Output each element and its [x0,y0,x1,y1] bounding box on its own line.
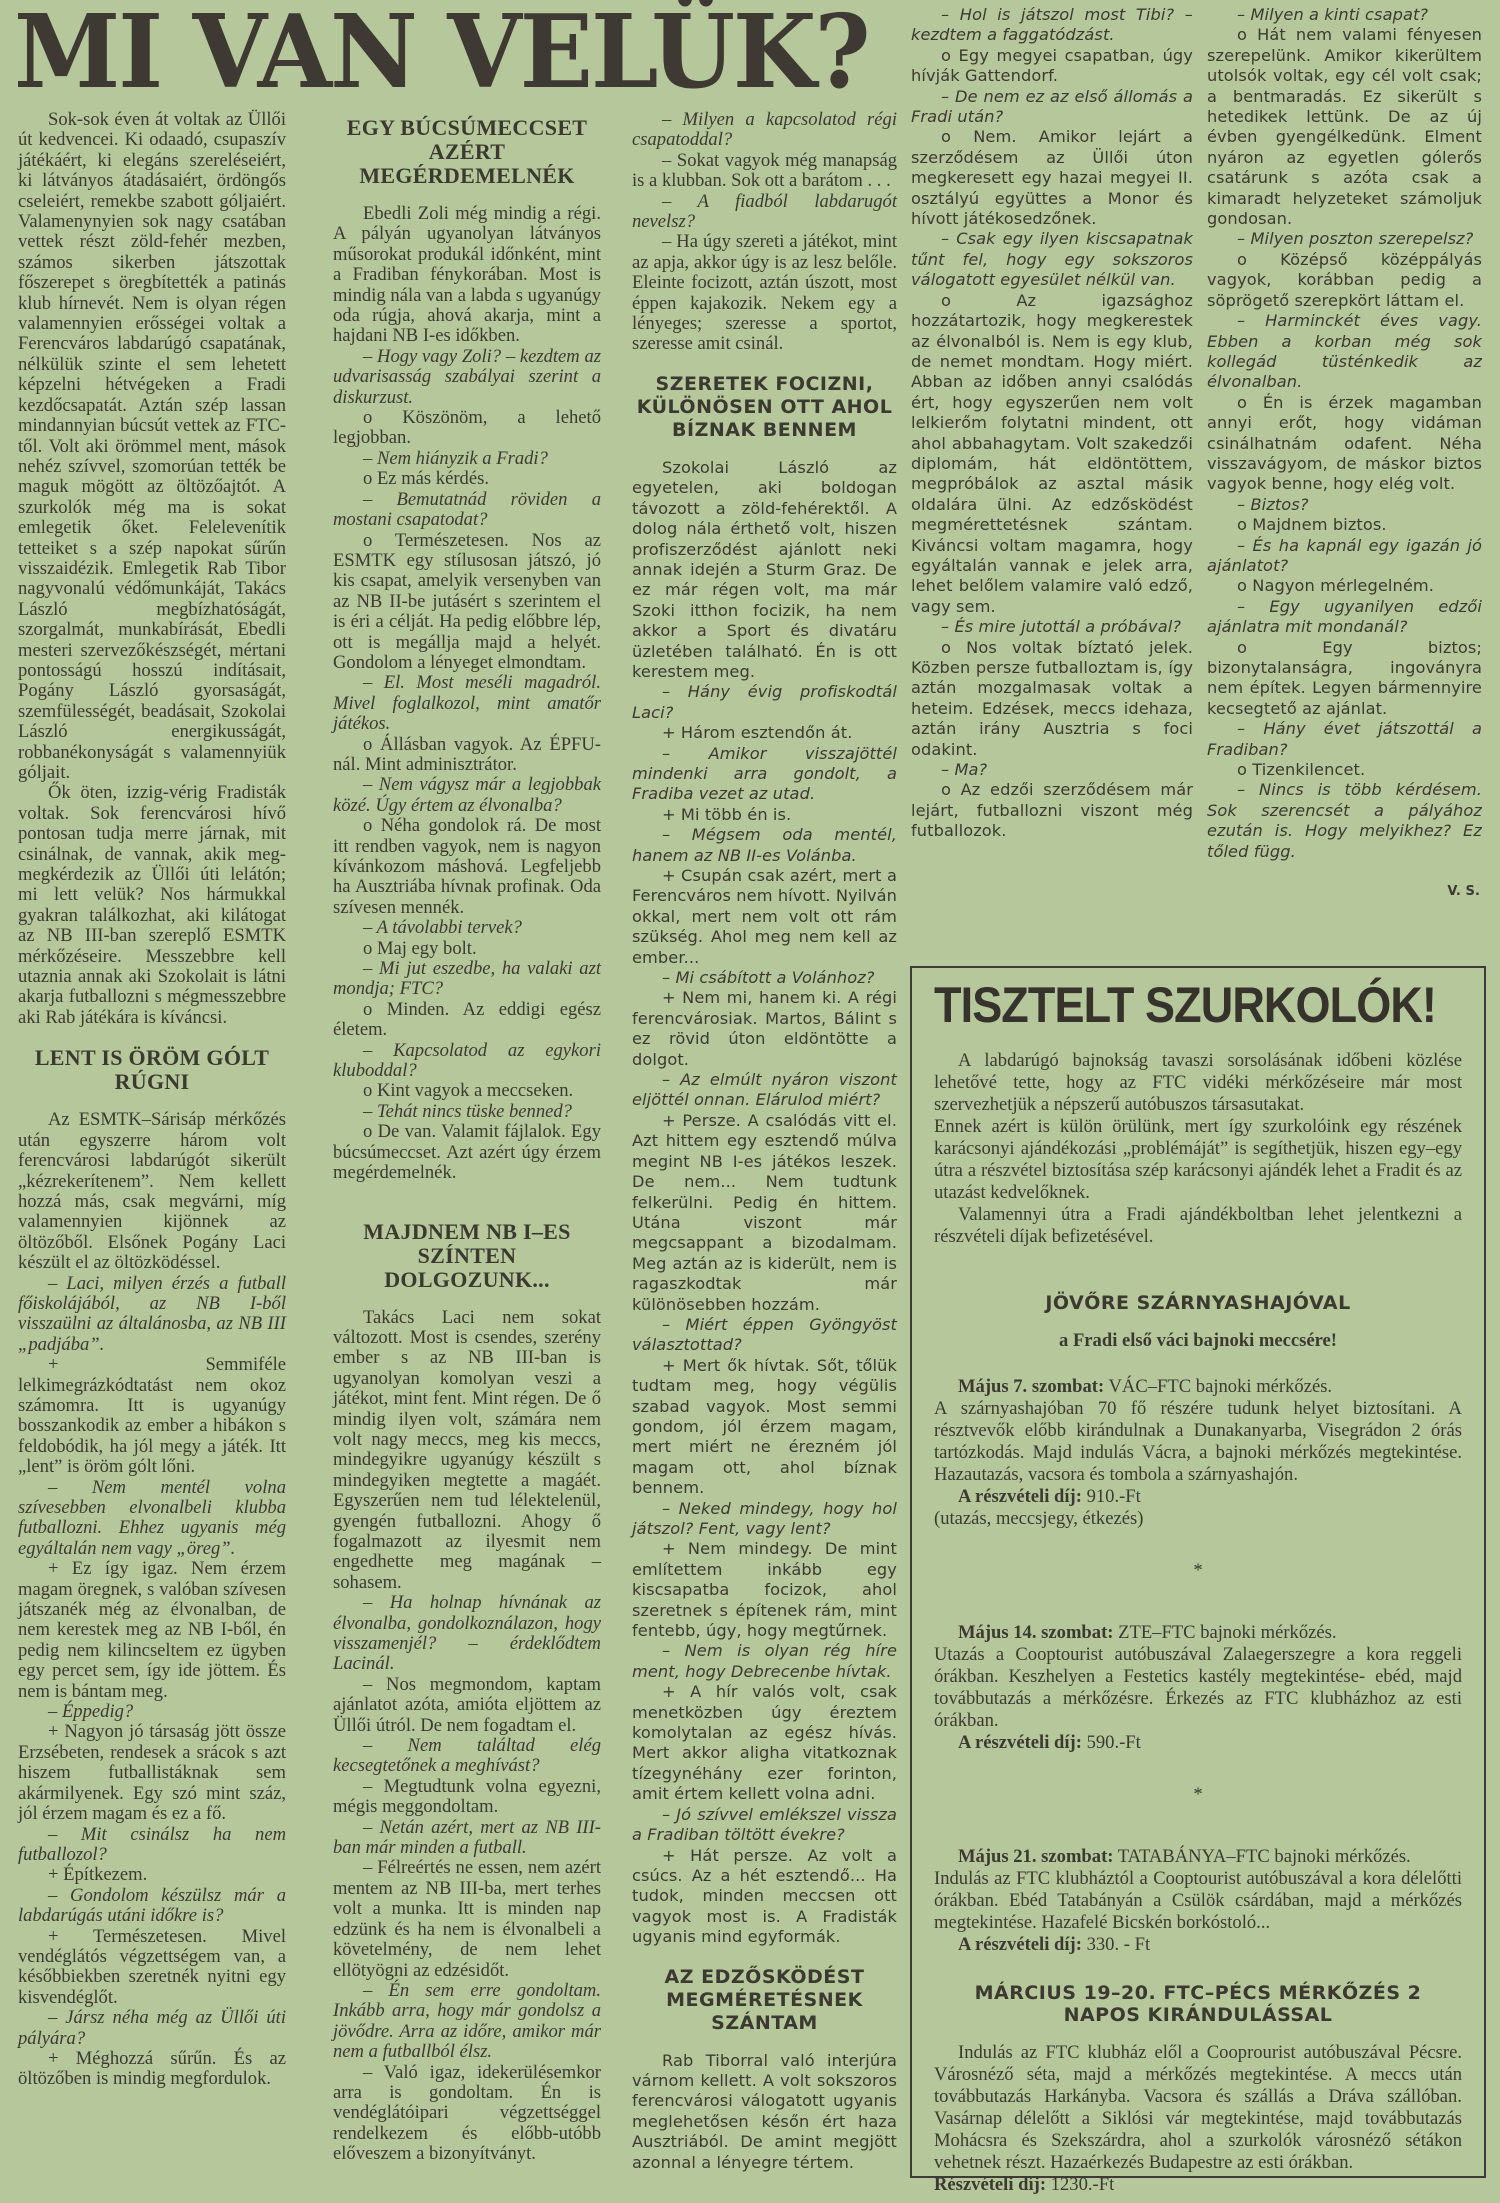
section-body-szeretek: Szokolai László az egyetelen, aki boldog… [632,458,897,1948]
interview-question: – Milyen a kapcsolatod régi csapatoddal? [632,110,897,151]
interview-question: – El. Most meséli magadról. Mivel foglal… [333,673,601,734]
interview-question: – A távolabbi tervek? [333,918,601,938]
interview-question: – A fiadból labdarugót nevelsz? [632,192,897,233]
interview-question: – Nem is olyan rég híre ment, hogy Debre… [632,1641,897,1682]
interview-question: – Nincs is több kérdésem. Sok szerencsét… [1207,780,1482,862]
interview-answer: o De van. Valamit fájlalok. Egy búcsúmec… [333,1122,601,1183]
interview-answer: o Nem. Amikor lejárt a szerződésem az Ül… [911,127,1193,229]
trip-details: Utazás a Cooptourist autóbuszával Zalaeg… [934,1644,1462,1732]
interview-question: – Jó szívvel emlékszel vissza a Fradiban… [632,1805,897,1846]
interview-question: – Ma? [911,760,1193,780]
interview-question: – És mire jutottál a próbával? [911,617,1193,637]
column-3: – Milyen a kapcsolatod régi csapatoddal?… [632,110,897,2203]
section-body-majdnem-cont: – Milyen a kapcsolatod régi csapatoddal?… [632,110,897,355]
interview-answer: Ebedli Zoli még mindig a régi. A pályán … [333,204,601,347]
notice-title: TISZTELT SZURKOLÓK! [934,974,1409,1036]
section-body-lent: Az ESMTK–Sárisáp mérkőzés után egyszerre… [18,1110,286,2090]
trip-match: VÁC–FTC bajnoki mérkőzés. [1104,1376,1332,1397]
interview-answer: – Ha úgy szereti a játékot, mint az apja… [632,232,897,354]
interview-answer: + Semmiféle lelkimegrázkódtatást nem oko… [18,1355,286,1477]
interview-answer: o Egy biztos; bizonytalanságra, ingovány… [1207,638,1482,720]
interview-answer: o Maj egy bolt. [333,939,601,959]
section-heading-edzo: AZ EDZŐSKÖDÉST MEGMÉRETÉSNEK SZÁNTAM [632,1966,897,2035]
interview-question: – Én sem erre gondoltam. Inkább arra, ho… [333,1981,601,2063]
interview-question: – Hol is játszol most Tibi? – kezdtem a … [911,5,1193,46]
notice-intro: Ennek azért is külön örülünk, mert így s… [934,1116,1462,1204]
interview-answer: + Mi több én is. [632,805,897,825]
trip-date: Május 21. szombat: [958,1846,1113,1867]
interview-answer: o Ez más kérdés. [333,469,601,489]
trip-match: TATABÁNYA–FTC bajnoki mérkőzés. [1113,1846,1410,1867]
interview-answer: o Egy megyei csapatban, úgy hívják Gatte… [911,46,1193,87]
interview-answer: Szokolai László az egyetelen, aki boldog… [632,458,897,682]
interview-question: – Amikor visszajöttél mindenki arra gond… [632,744,897,805]
interview-question: – Jársz néha még az Üllői úti pályára? [18,2008,286,2049]
interview-answer: o Középső középpályás vagyok, korábban p… [1207,250,1482,311]
section-heading-bucsu: EGY BÚCSÚMECCSET AZÉRT MEGÉRDEMELNÉK [333,116,601,188]
interview-answer: – Sokat vagyok még manapság is a klubban… [632,151,897,192]
interview-answer: + Ez így igaz. Nem érzem magam öregnek, … [18,1559,286,1702]
interview-question: – Miért éppen Gyöngyöst választottad? [632,1315,897,1356]
trip-fee-label: A részvételi díj: [958,1486,1082,1507]
intro-paragraph: Ők öten, izzig-vérig Fradisták voltak. S… [18,783,286,1028]
interview-question: – Mégsem oda mentél, hanem az NB II-es V… [632,825,897,866]
interview-question: – Laci, milyen érzés a futball főiskoláj… [18,1274,286,1356]
interview-question: – Neked mindegy, hogy hol játszol? Fent,… [632,1499,897,1540]
section-heading-majdnem: MAJDNEM NB I–ES SZÍNTEN DOLGOZUNK... [333,1220,601,1292]
trip-match: ZTE–FTC bajnoki mérkőzés. [1113,1622,1336,1643]
interview-question: – Netán azért, mert az NB III-ban már mi… [333,1818,601,1859]
interview-question: – Ha holnap hívnának az élvonalba, gondo… [333,1593,601,1675]
interview-answer: + Persze. A csalódás vitt el. Azt hittem… [632,1111,897,1315]
interview-answer: Takács Laci nem sokat változott. Most is… [333,1308,601,1594]
interview-question: – Mi jut eszedbe, ha valaki azt mondja; … [333,959,601,1000]
interview-answer: o Kint vagyok a meccseken. [333,1081,601,1101]
interview-question: – Nem találtad elég kecsegtetőnek a megh… [333,1736,601,1777]
interview-answer: – Megtudtunk volna egyezni, mégis meggon… [333,1777,601,1818]
column-2: EGY BÚCSÚMECCSET AZÉRT MEGÉRDEMELNÉK Ebe… [333,110,601,2203]
interview-question: – Hány évig profiskodtál Laci? [632,682,897,723]
interview-question: – Kapcsolatod az egykori kluboddal? [333,1041,601,1082]
interview-answer: Az ESMTK–Sárisáp mérkőzés után egyszerre… [18,1110,286,1273]
interview-question: – Biztos? [1207,495,1482,515]
trip-fee-value: 590.-Ft [1082,1732,1141,1753]
interview-answer: + Természetesen. Mivel vendéglátós végze… [18,1927,286,2009]
interview-answer: o Nagyon mérlegelném. [1207,576,1482,596]
trip-item: Május 21. szombat: TATABÁNYA–FTC bajnoki… [934,1846,1462,1956]
section-heading-szeretek: SZERETEK FOCIZNI, KÜLÖNÖSEN OTT AHOL BÍZ… [632,373,897,442]
interview-question: – Bemutatnád röviden a mostani csapatoda… [333,490,601,531]
section-body-edzo: Rab Tiborral való interjúra várnom kelle… [632,2051,897,2173]
trip-details: Indulás az FTC klubháztól a Cooptourist … [934,1868,1462,1934]
interview-answer: + Méghozzá sűrűn. És az öltözőben is min… [18,2049,286,2090]
section-body-edzo-end: – Milyen a kinti csapat?o Hát nem valami… [1207,5,1482,862]
interview-question: – Nem mentél volna szívesebben elvonalbe… [18,1478,286,1560]
interview-answer: o Minden. Az eddigi egész életem. [333,1000,601,1041]
interview-answer: Rab Tiborral való interjúra várnom kelle… [632,2051,897,2173]
interview-question: – Mit csinálsz ha nem futballozol? [18,1825,286,1866]
interview-answer: o Nos voltak bíztató jelek. Közben persz… [911,638,1193,760]
trip-fee-value: 330. - Ft [1082,1934,1150,1955]
interview-question: – Nem vágysz már a legjobbak közé. Úgy é… [333,775,601,816]
interview-answer: + Építkezem. [18,1865,286,1885]
interview-question: – Az elmúlt nyáron viszont eljöttél onna… [632,1070,897,1111]
interview-answer: + Nem mindegy. De mint említettem inkább… [632,1539,897,1641]
trip-fee-value: 910.-Ft [1082,1486,1141,1507]
interview-answer: o Én is érzek magamban annyi erőt, hogy … [1207,393,1482,495]
interview-question: – De nem ez az első állomás a Fradi után… [911,87,1193,128]
column-1: Sok-sok éven át voltak az Üllői út kedve… [18,110,286,2203]
trip-date: Május 7. szombat: [958,1376,1104,1397]
trip-date: Május 14. szombat: [958,1622,1113,1643]
interview-answer: o Állásban vagyok. Az ÉPFU-nál. Mint adm… [333,735,601,776]
interview-answer: o Tizenkilencet. [1207,760,1482,780]
interview-answer: – Félreértés ne essen, nem azért mentem … [333,1858,601,1980]
pecs-fee-label: Részvételi díj: [934,2174,1046,2195]
interview-question: – Tehát nincs tüske benned? [333,1102,601,1122]
notice-section-heading: JÖVŐRE SZÁRNYASHAJÓVAL [934,1292,1462,1314]
notice-section-heading-pecs: MÁRCIUS 19–20. FTC–PÉCS MÉRKŐZÉS 2 NAPOS… [934,1982,1462,2026]
interview-answer: o Természetesen. Nos az ESMTK egy stílus… [333,531,601,674]
interview-answer: + A hír valós volt, csak menetközben úgy… [632,1682,897,1804]
interview-answer: o Hát nem valami fényesen szerepelünk. A… [1207,25,1482,229]
interview-question: – Csak egy ilyen kiscsapatnak tűnt fel, … [911,229,1193,290]
interview-question: – Hány évet játszottál a Fradiban? [1207,719,1482,760]
interview-answer: + Nagyon jó társaság jött össze Erzsébet… [18,1722,286,1824]
interview-question: – Hogy vagy Zoli? – kezdtem az udvarisas… [333,347,601,408]
section-heading-lent: LENT IS ÖRÖM GÓLT RÚGNI [18,1046,286,1094]
trip-fee-note: (utazás, meccsjegy, étkezés) [934,1508,1462,1530]
interview-answer: o Néha gondolok rá. De most itt rendben … [333,816,601,918]
interview-answer: + Hát persze. Az volt a csúcs. Az a hét … [632,1846,897,1948]
notice-intro: Valamennyi útra a Fradi ajándékboltban l… [934,1204,1462,1248]
masthead-title: MI VAN VELÜK? [14,0,914,105]
interview-question: – Harminckét éves vagy. Ebben a korban m… [1207,311,1482,393]
interview-question: – Milyen a kinti csapat? [1207,5,1482,25]
separator-star: * [934,1784,1462,1806]
pecs-fee-value: 1230.-Ft [1046,2174,1114,2195]
notice-box: TISZTELT SZURKOLÓK! A labdarúgó bajnoksá… [910,966,1486,2178]
section-body-bucsu: Ebedli Zoli még mindig a régi. A pályán … [333,204,601,1184]
interview-answer: + Nem mi, hanem ki. A régi ferencvárosia… [632,988,897,1070]
separator-star: * [934,1560,1462,1582]
interview-question: – Egy ugyanilyen edzői ajánlatra mit mon… [1207,597,1482,638]
trip-fee-label: A részvételi díj: [958,1934,1082,1955]
interview-question: – Mi csábított a Volánhoz? [632,968,897,988]
interview-answer: o Majdnem biztos. [1207,515,1482,535]
pecs-trip-details: Indulás az FTC klubház elől a Cooprouris… [934,2042,1462,2174]
interview-answer: o Az igazsághoz hozzátartozik, hogy megk… [911,291,1193,618]
intro-paragraph: Sok-sok éven át voltak az Üllői út kedve… [18,110,286,783]
section-body-majdnem: Takács Laci nem sokat változott. Most is… [333,1308,601,2165]
interview-question: – Milyen poszton szerepelsz? [1207,229,1482,249]
notice-intro: A labdarúgó bajnokság tavaszi sorsolásán… [934,1050,1462,1116]
interview-answer: + Mert ők hívtak. Sőt, tőlük tudtam meg,… [632,1356,897,1499]
interview-answer: – Nos megmondom, kaptam ajánlatot azóta,… [333,1675,601,1736]
interview-answer: + Három esztendőn át. [632,723,897,743]
interview-answer: o Köszönöm, a lehető legjobban. [333,408,601,449]
notice-section-subheading: a Fradi első váci bajnoki meccsére! [934,1330,1462,1352]
interview-answer: + Csupán csak azért, mert a Ferencváros … [632,866,897,968]
author-signature: V. S. [1207,882,1482,902]
section-body-edzo-cont: – Hol is játszol most Tibi? – kezdtem a … [911,5,1193,842]
trip-item: Május 14. szombat: ZTE–FTC bajnoki mérkő… [934,1622,1462,1754]
interview-answer: – Való igaz, idekerülésemkor arra is gon… [333,2063,601,2165]
trip-item: Május 7. szombat: VÁC–FTC bajnoki mérkőz… [934,1376,1462,1530]
interview-question: – Nem hiányzik a Fradi? [333,449,601,469]
trip-fee-label: A részvételi díj: [958,1732,1082,1753]
interview-question: – Éppedig? [18,1702,286,1722]
interview-question: – Gondolom készülsz már a labdarúgás utá… [18,1886,286,1927]
interview-answer: o Az edzői szerződésem már lejárt, futba… [911,780,1193,841]
interview-question: – És ha kapnál egy igazán jó ajánlatot? [1207,536,1482,577]
trip-details: A szárnyashajóban 70 fő részére tudunk h… [934,1398,1462,1486]
